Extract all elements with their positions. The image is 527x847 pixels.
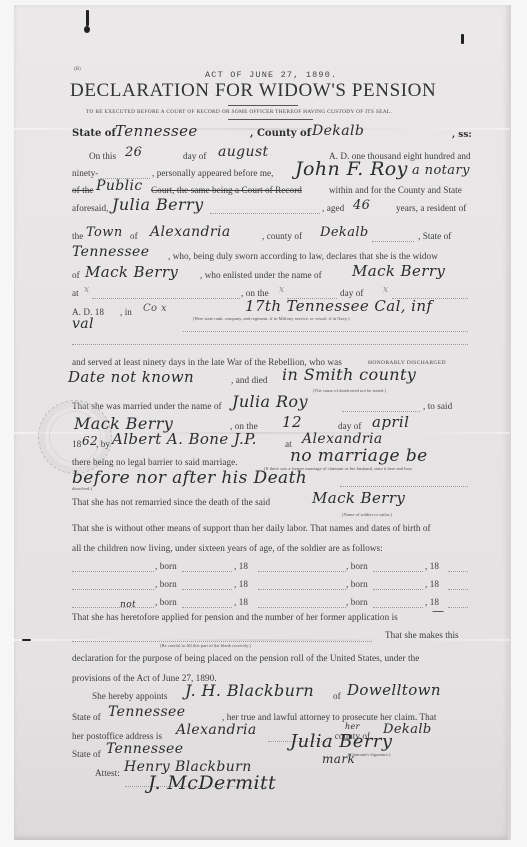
postoffice-label: her postoffice address is — [72, 731, 162, 741]
regiment-value: 17th Tennessee Cal, inf — [245, 297, 432, 315]
child-birth-blank — [373, 571, 423, 572]
not-remarried-text: That she has not remarried since the dea… — [72, 497, 270, 507]
former-marriage-continued: before nor after his Death — [72, 468, 307, 488]
declaration-purpose-text: declaration for the purpose of being pla… — [72, 653, 419, 663]
aged-label: , aged — [322, 203, 344, 213]
cause-note: (The cause of death need not be stated.) — [313, 388, 386, 393]
residence-state: Tennessee — [72, 244, 149, 260]
officer-name: John F. Roy — [295, 158, 408, 180]
blank-line — [448, 589, 468, 590]
day-of-label: day of — [183, 151, 207, 161]
execution-instruction: TO BE EXECUTED BEFORE A COURT OF RECORD … — [86, 109, 392, 115]
state-of-label: , State of — [418, 231, 451, 241]
day-value: 26 — [125, 145, 142, 160]
child-name-blank — [72, 589, 154, 590]
state-of-label: State of — [72, 749, 101, 759]
born-label: , born — [155, 597, 177, 607]
month-value: august — [218, 144, 269, 160]
child-birth-blank — [182, 571, 232, 572]
sworn-text: , who, being duly sworn according to law… — [168, 251, 438, 261]
child-name-blank — [258, 607, 346, 608]
remarried-soldier-name: Mack Berry — [312, 489, 405, 507]
company-value: Co x — [143, 303, 167, 314]
of-label: of — [72, 270, 80, 280]
margin-mark — [22, 639, 31, 641]
marriage-day: 12 — [282, 413, 302, 431]
no-barrier-text: there being no legal barrier to said mar… — [72, 457, 238, 467]
former-marriage-value: no marriage be — [290, 446, 428, 466]
rank-note: (Here state rank, company, and regiment,… — [193, 316, 350, 321]
soldier-note: (Name of soldier or sailor.) — [342, 512, 392, 517]
residence-county: Dekalb — [320, 225, 369, 240]
state-of-label: State of — [72, 712, 101, 722]
born-label: , born — [155, 561, 177, 571]
in-label: , in — [120, 307, 132, 317]
makes-this-text: That she makes this — [385, 630, 459, 640]
on-this-label: On this — [89, 151, 116, 161]
age-value: 46 — [353, 198, 370, 213]
her-label: her — [345, 722, 360, 731]
enlist-day-value: x — [279, 285, 284, 295]
heretofore-text: That she has heretofore applied for pens… — [72, 612, 398, 622]
appoints-text: She hereby appoints — [92, 691, 167, 701]
true-attorney-text: , her true and lawful attorney to prosec… — [222, 712, 437, 722]
mark-label: mark — [322, 752, 355, 766]
enlist-month-value: x — [383, 285, 388, 295]
discharge-date-value: Date not known — [68, 368, 194, 386]
of-label: of — [333, 691, 341, 701]
blank-line — [210, 213, 320, 214]
the-label: the — [72, 231, 83, 241]
year-label: , 18 — [425, 561, 439, 571]
regiment-continued: val — [72, 316, 94, 332]
officiant-name: Albert A. Bone J.P. — [112, 430, 257, 448]
born-label: , born — [346, 579, 368, 589]
blank-line — [448, 607, 468, 608]
county-value: Dekalb — [312, 123, 364, 139]
child-birth-blank — [373, 589, 423, 590]
marriage-month: april — [372, 413, 409, 431]
blank-line — [92, 298, 240, 299]
at-label: at — [72, 288, 79, 298]
of-label: of — [130, 231, 138, 241]
town-value: Alexandria — [150, 224, 231, 240]
binding-hole — [84, 26, 90, 33]
year-label: , 18 — [234, 561, 248, 571]
year-label: , 18 — [425, 579, 439, 589]
postoffice-state: Tennessee — [106, 741, 183, 757]
child-birth-blank — [182, 589, 232, 590]
born-label: , born — [346, 597, 368, 607]
town-label: Town — [86, 225, 123, 240]
attorney-name: J. H. Blackburn — [185, 681, 314, 700]
of-the-label: of the — [72, 185, 93, 195]
ornament-rule — [228, 105, 298, 106]
maiden-name: Julia Roy — [232, 392, 308, 411]
careful-note: (Be careful to fill this part of the bla… — [160, 643, 251, 648]
child-birth-blank — [373, 607, 423, 608]
blank-line — [372, 241, 414, 242]
aforesaid-label: aforesaid, — [72, 203, 108, 213]
witness-two-signature: J. McDermitt — [148, 772, 276, 794]
children-text: all the children now living, under sixte… — [72, 543, 383, 553]
attest-label: Attest: — [95, 768, 120, 778]
child-name-blank — [72, 571, 154, 572]
not-insertion: not — [120, 600, 136, 610]
born-label: , born — [155, 579, 177, 589]
child-name-blank — [72, 607, 154, 608]
ss-label: , ss: — [452, 130, 472, 140]
officer-title: a notary — [412, 163, 470, 178]
blank-line — [72, 344, 468, 345]
year-prefix: 18 — [72, 439, 81, 449]
marriage-place: Alexandria — [302, 431, 383, 447]
postoffice-value: Alexandria — [176, 722, 257, 738]
ninety-label: ninety- — [72, 168, 98, 178]
binding-mark — [86, 10, 89, 26]
death-place-value: in Smith county — [282, 365, 416, 384]
document-title: DECLARATION FOR WIDOW'S PENSION — [70, 80, 436, 102]
court-value: Public — [96, 178, 143, 194]
former-application-value: — — [432, 604, 444, 618]
by-label: , by — [96, 439, 110, 449]
claimant-signature: Julia Berry — [290, 731, 392, 752]
attorney-state: Tennessee — [108, 704, 185, 720]
years-resident-text: years, a resident of — [396, 203, 466, 213]
state-value: Tennessee — [115, 122, 198, 140]
support-text: That she is without other means of suppo… — [72, 523, 431, 533]
county-label: , County of — [250, 128, 311, 139]
blank-line — [342, 411, 420, 412]
blank-line — [340, 486, 468, 487]
child-name-blank — [258, 571, 346, 572]
court-struck-text: Court, the same being a Court of Record — [151, 185, 302, 195]
county-of-label: , county of — [262, 231, 302, 241]
blank-line — [448, 571, 468, 572]
day-of-label: day of — [338, 421, 362, 431]
appeared-text: , personally appeared before me, — [152, 168, 274, 178]
enlist-place-value: x — [84, 285, 89, 295]
ornament-rule — [228, 119, 313, 120]
state-label: State of — [72, 128, 116, 139]
and-died-label: , and died — [231, 375, 267, 385]
claimant-name: Julia Berry — [112, 195, 204, 214]
year-label: , 18 — [234, 579, 248, 589]
act-line: ACT OF JUNE 27, 1890. — [205, 70, 337, 80]
enlisted-name: Mack Berry — [352, 262, 445, 280]
form-number: (B) — [74, 67, 81, 72]
within-text: within and for the County and State — [329, 185, 462, 195]
child-birth-blank — [182, 607, 232, 608]
attorney-town: Dowelltown — [347, 681, 441, 699]
to-said-label: , to said — [423, 401, 452, 411]
born-label: , born — [346, 561, 368, 571]
dissolved-note: dissolved.) — [72, 486, 92, 491]
blank-line — [72, 641, 372, 642]
soldier-name: Mack Berry — [85, 263, 178, 281]
year-label: , 18 — [234, 597, 248, 607]
enlisted-text: , who enlisted under the name of — [200, 270, 322, 280]
binding-mark — [461, 34, 464, 44]
page-edge — [508, 5, 511, 840]
child-name-blank — [258, 589, 346, 590]
blank-line — [183, 331, 468, 332]
